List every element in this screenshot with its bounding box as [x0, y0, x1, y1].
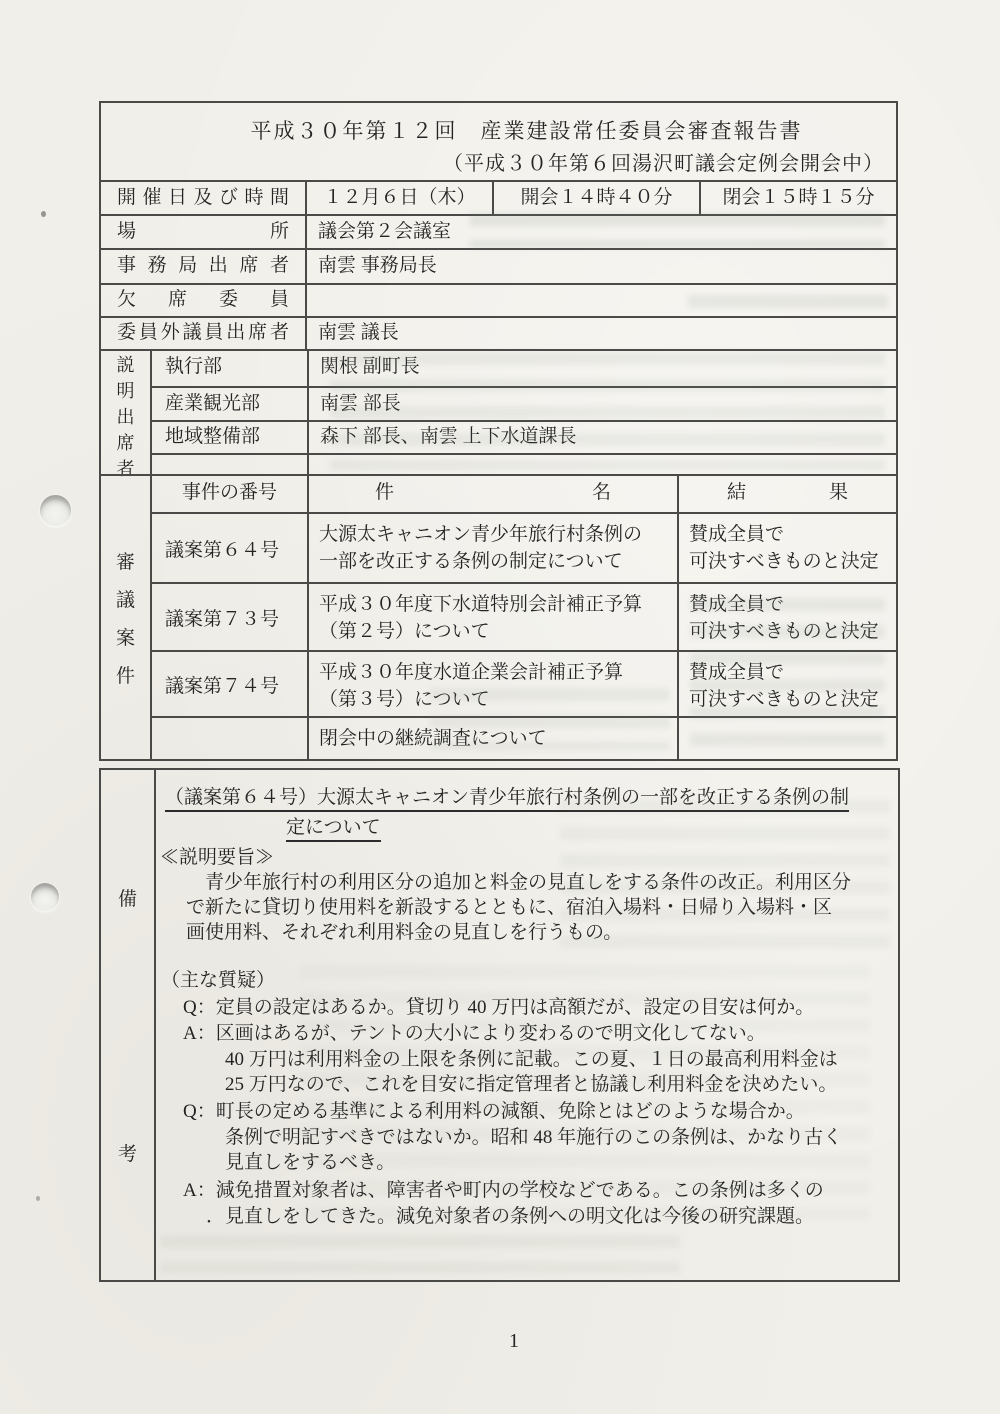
explainer-names [307, 455, 896, 474]
vlabel-char: 席 [117, 429, 135, 455]
vlabel-char: 議 [116, 585, 135, 612]
case-number: 議案第７３号 [152, 584, 307, 650]
header-case-name: 件名 [307, 476, 677, 512]
case-name-line1: 平成３０年度下水道特別会計補正予算 [319, 591, 673, 618]
case-row: 閉会中の継続調査について [152, 716, 896, 759]
case-name-line2: 一部を改正する条例の制定について [319, 548, 673, 575]
case-result: 賛成全員で 可決すべきものと決定 [677, 584, 896, 650]
absent-label: 欠席委員 [101, 285, 305, 316]
report-title: 平成３０年第１２回 産業建設常任委員会審査報告書 [101, 115, 896, 145]
remarks-continuation-line: 25 万円なので、これを目安に指定管理者と協議し利用料金を決めたい。 [225, 1073, 837, 1097]
case-number: 議案第６４号 [152, 514, 307, 582]
remarks-table: 備 考 （議案第６４号）大源太キャニオン青少年旅行村条例の一部を改正する条例の制… [99, 768, 900, 1282]
case-name: 大源太キャニオン青少年旅行村条例の 一部を改正する条例の制定について [307, 514, 677, 582]
explainer-names: 関根 副町長 [307, 351, 896, 386]
case-result-line2: 可決すべきものと決定 [689, 548, 892, 575]
title-block: 平成３０年第１２回 産業建設常任委員会審査報告書 （平成３０年第６回湯沢町議会定… [101, 103, 896, 180]
report-subtitle: （平成３０年第６回湯沢町議会定例会開会中） [443, 147, 884, 176]
explainer-dept [152, 455, 307, 474]
row-absent: 欠席委員 [101, 283, 896, 316]
remarks-heading-line2: 定について [286, 816, 381, 840]
remarks-q-line: Q：町長の定める基準による利用料の減額、免除とはどのような場合か。 [183, 1100, 805, 1124]
remarks-vertical-label: 備 考 [101, 770, 154, 1280]
nonmember-label: 委員外議員出席者 [101, 318, 305, 349]
remarks-paragraph-line: 青少年旅行村の利用区分の追加と料金の見直しをする条件の改正。利用区分 [186, 871, 851, 895]
punch-hole [40, 495, 71, 526]
vlabel-char: 件 [116, 661, 135, 688]
punch-hole [31, 883, 59, 911]
remarks-content: （議案第６４号）大源太キャニオン青少年旅行村条例の一部を改正する条例の制 定につ… [154, 770, 898, 1280]
vlabel-char: 説 [117, 351, 135, 377]
case-result-line1: 賛成全員で [689, 659, 892, 686]
remarks-paragraph-line: 画使用料、それぞれ利用料金の見直しを行うもの。 [186, 921, 622, 945]
remarks-heading-line1: （議案第６４号）大源太キャニオン青少年旅行村条例の一部を改正する条例の制 [165, 786, 849, 810]
case-result: 賛成全員で 可決すべきものと決定 [677, 652, 896, 716]
header-case-number: 事件の番号 [152, 476, 307, 512]
remarks-continuation-line: ．見直しをしてきた。減免対象者の条例への明文化は今後の研究課題。 [206, 1205, 814, 1229]
datetime-close: 閉会１５時１５分 [699, 182, 896, 214]
case-name-line2: （第２号）について [319, 618, 673, 645]
page-number: 1 [509, 1330, 519, 1353]
explainers-section: 説 明 出 席 者 執行部 関根 副町長 産業観光部 南雲 部長 地域整備部 森… [101, 349, 896, 474]
remarks-a-line: A：減免措置対象者は、障害者や町内の学校などである。この条例は多くの [183, 1179, 824, 1203]
row-secretariat: 事務局出席者 南雲 事務局長 [101, 248, 896, 283]
remarks-continuation-line: 条例で明記すべきではないか。昭和 48 年施行のこの条例は、かなり古く [225, 1126, 842, 1150]
case-name-line1: 平成３０年度水道企業会計補正予算 [319, 659, 673, 686]
report-table: 平成３０年第１２回 産業建設常任委員会審査報告書 （平成３０年第６回湯沢町議会定… [99, 101, 898, 761]
explainer-dept: 産業観光部 [152, 388, 307, 422]
case-name: 平成３０年度水道企業会計補正予算 （第３号）について [307, 652, 677, 716]
absent-value [305, 285, 896, 316]
row-nonmember: 委員外議員出席者 南雲 議長 [101, 316, 896, 349]
place-label: 場所 [101, 216, 305, 248]
datetime-label: 開催日及び時間 [101, 182, 305, 214]
case-result-line2: 可決すべきものと決定 [689, 686, 892, 713]
explainer-names: 森下 部長、南雲 上下水道課長 [307, 422, 896, 455]
explainer-dept: 執行部 [152, 351, 307, 386]
case-name-line2: （第３号）について [319, 686, 673, 713]
explainer-dept: 地域整備部 [152, 422, 307, 455]
vlabel-char: 備 [118, 884, 137, 911]
remarks-paragraph-line: で新たに貸切り使用料を新設するとともに、宿泊入場料・日帰り入場料・区 [186, 896, 832, 920]
explainer-row: 地域整備部 森下 部長、南雲 上下水道課長 [152, 420, 896, 453]
case-name-line1: 大源太キャニオン青少年旅行村条例の [319, 521, 673, 548]
vlabel-char: 考 [118, 1139, 137, 1166]
case-name: 平成３０年度下水道特別会計補正予算 （第２号）について [307, 584, 677, 650]
explainer-row: 執行部 関根 副町長 [152, 351, 896, 386]
case-row: 議案第７４号 平成３０年度水道企業会計補正予算 （第３号）について 賛成全員で … [152, 650, 896, 716]
underlined-text: 定について [286, 817, 381, 842]
case-result-line2: 可決すべきものと決定 [689, 618, 892, 645]
cases-header-row: 事件の番号 件名 結果 [152, 476, 896, 512]
vlabel-char: 出 [117, 403, 135, 429]
case-name-line1: 閉会中の継続調査について [319, 725, 547, 752]
nonmember-value: 南雲 議長 [305, 318, 896, 349]
vlabel-char: 案 [116, 623, 135, 650]
case-result-line1: 賛成全員で [689, 521, 892, 548]
row-place: 場所 議会第２会議室 [101, 214, 896, 248]
row-datetime: 開催日及び時間 １２月６日（木） 開会１４時４０分 閉会１５時１５分 [101, 180, 896, 214]
datetime-open: 開会１４時４０分 [492, 182, 699, 214]
explainers-vertical-label: 説 明 出 席 者 [101, 351, 150, 474]
remarks-a-line: A：区画はあるが、テントの大小により変わるので明文化してない。 [183, 1022, 766, 1046]
datetime-date: １２月６日（木） [305, 182, 492, 214]
vlabel-char: 明 [117, 377, 135, 403]
explainer-names: 南雲 部長 [307, 388, 896, 422]
explainer-row [152, 453, 896, 474]
cases-rows: 事件の番号 件名 結果 議案第６４号 大源太キャニオン青少年旅行村条例の 一部を… [150, 476, 896, 759]
case-result-line1: 賛成全員で [689, 591, 892, 618]
case-number: 議案第７４号 [152, 652, 307, 716]
scan-speck [41, 211, 46, 217]
case-row: 議案第６４号 大源太キャニオン青少年旅行村条例の 一部を改正する条例の制定につい… [152, 512, 896, 582]
place-value: 議会第２会議室 [305, 216, 896, 248]
remarks-q-line: Q：定員の設定はあるか。貸切り 40 万円は高額だが、設定の目安は何か。 [183, 996, 814, 1020]
scan-speck [36, 1196, 40, 1201]
cases-vertical-label: 審 議 案 件 [101, 476, 150, 759]
header-case-result: 結果 [677, 476, 896, 512]
explainer-row: 産業観光部 南雲 部長 [152, 386, 896, 420]
case-result [677, 718, 896, 759]
case-result: 賛成全員で 可決すべきものと決定 [677, 514, 896, 582]
underlined-text: （議案第６４号）大源太キャニオン青少年旅行村条例の一部を改正する条例の制 [165, 787, 849, 812]
explainers-rows: 執行部 関根 副町長 産業観光部 南雲 部長 地域整備部 森下 部長、南雲 上下… [150, 351, 896, 474]
secretariat-label: 事務局出席者 [101, 250, 305, 283]
case-name: 閉会中の継続調査について [307, 718, 677, 759]
case-number [152, 718, 307, 759]
case-row: 議案第７３号 平成３０年度下水道特別会計補正予算 （第２号）について 賛成全員で… [152, 582, 896, 650]
remarks-qa-title: （主な質疑） [161, 969, 275, 993]
cases-section: 審 議 案 件 事件の番号 件名 結果 議案第６４号 大源太キャニオン青少年旅行… [101, 474, 896, 759]
secretariat-value: 南雲 事務局長 [305, 250, 896, 283]
remarks-continuation-line: 見直しをするべき。 [225, 1151, 395, 1175]
scanned-document-page: 平成３０年第１２回 産業建設常任委員会審査報告書 （平成３０年第６回湯沢町議会定… [0, 0, 1000, 1414]
remarks-continuation-line: 40 万円は利用料金の上限を条例に記載。この夏、１日の最高利用料金は [225, 1048, 838, 1072]
remarks-summary-title: ≪説明要旨≫ [160, 846, 274, 870]
vlabel-char: 審 [116, 547, 135, 574]
